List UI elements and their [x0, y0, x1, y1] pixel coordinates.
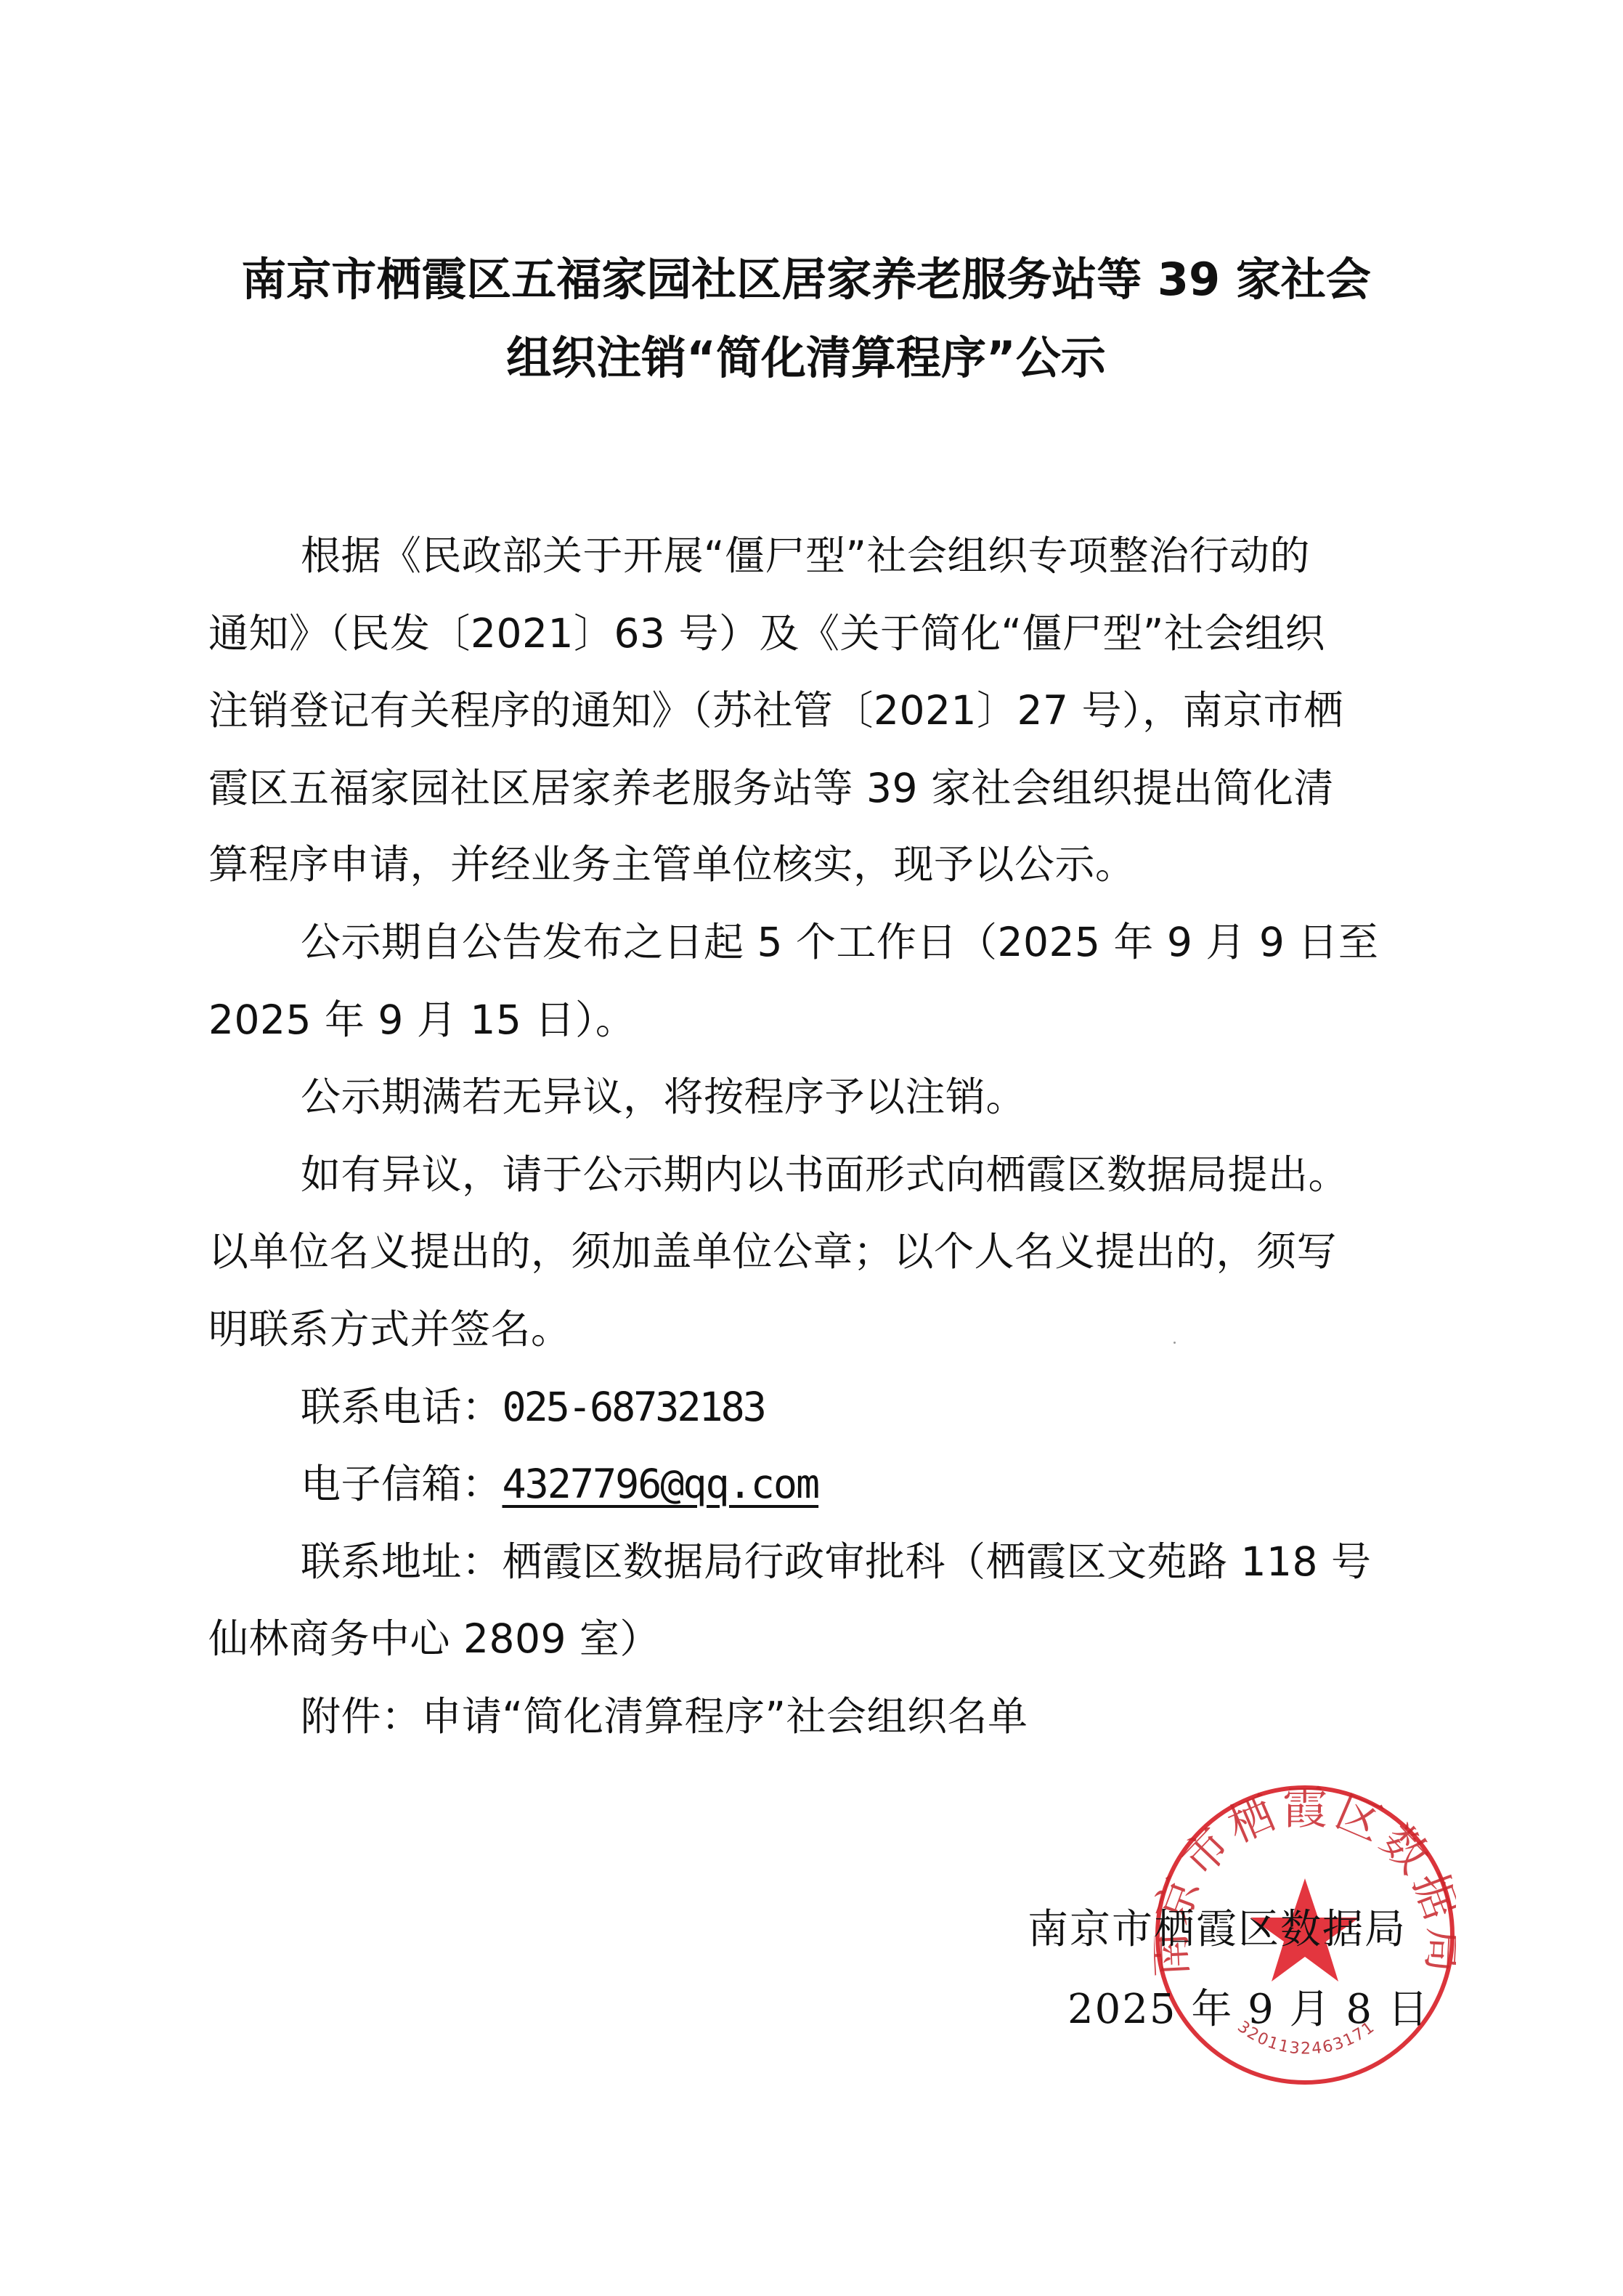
paragraph-objection-line-2: 以单位名义提出的，须加盖单位公章；以个人名义提出的，须写 [208, 1226, 1337, 1277]
paragraph-period-line-1: 公示期自公告发布之日起 5 个工作日（2025 年 9 月 9 日至 [301, 917, 1378, 968]
paragraph-period-line-2: 2025 年 9 月 15 日）。 [208, 994, 635, 1045]
paragraph-no-objection: 公示期满若无异议，将按程序予以注销。 [301, 1071, 1026, 1122]
document-page: 南京市栖霞区五福家园社区居家养老服务站等 39 家社会 组织注销“简化清算程序”… [0, 0, 1623, 2296]
paragraph-objection-line-3: 明联系方式并签名。 [208, 1304, 571, 1355]
contact-address-row: 联系地址：栖霞区数据局行政审批科（栖霞区文苑路 118 号 [301, 1536, 1371, 1587]
attachment-note: 附件：申请“简化清算程序”社会组织名单 [301, 1691, 1028, 1742]
contact-address-label: 联系地址： [301, 1538, 503, 1585]
paragraph-basis-line-1: 根据《民政部关于开展“僵尸型”社会组织专项整治行动的 [301, 530, 1310, 581]
scan-speck [1173, 1342, 1176, 1344]
paragraph-basis-line-3: 注销登记有关程序的通知》（苏社管〔2021〕27 号），南京市栖 [208, 685, 1343, 736]
contact-address-value-line-1: 栖霞区数据局行政审批科（栖霞区文苑路 118 号 [503, 1538, 1372, 1585]
contact-email-link[interactable]: 4327796@qq.com [503, 1461, 819, 1507]
signing-date: 2025 年 9 月 8 日 [1067, 1977, 1430, 2035]
contact-email-row: 电子信箱：4327796@qq.com [301, 1459, 818, 1509]
signing-organization: 南京市栖霞区数据局 [1028, 1897, 1407, 1955]
paragraph-objection-line-1: 如有异议，请于公示期内以书面形式向栖霞区数据局提出。 [301, 1149, 1349, 1200]
document-title-line-1: 南京市栖霞区五福家园社区居家养老服务站等 39 家社会 [203, 254, 1409, 305]
contact-phone-label: 联系电话： [301, 1384, 503, 1430]
contact-address-value-line-2: 仙林商务中心 2809 室） [208, 1613, 660, 1664]
contact-phone-row: 联系电话：025-68732183 [301, 1382, 765, 1432]
contact-phone-value: 025-68732183 [503, 1384, 765, 1430]
paragraph-basis-line-4: 霞区五福家园社区居家养老服务站等 39 家社会组织提出简化清 [208, 763, 1334, 814]
paragraph-basis-line-2: 通知》（民发〔2021〕63 号）及《关于简化“僵尸型”社会组织 [208, 608, 1325, 659]
contact-email-label: 电子信箱： [301, 1461, 503, 1507]
document-title-line-2: 组织注销“简化清算程序”公示 [203, 333, 1409, 384]
paragraph-basis-line-5: 算程序申请，并经业务主管单位核实，现予以公示。 [208, 839, 1136, 890]
